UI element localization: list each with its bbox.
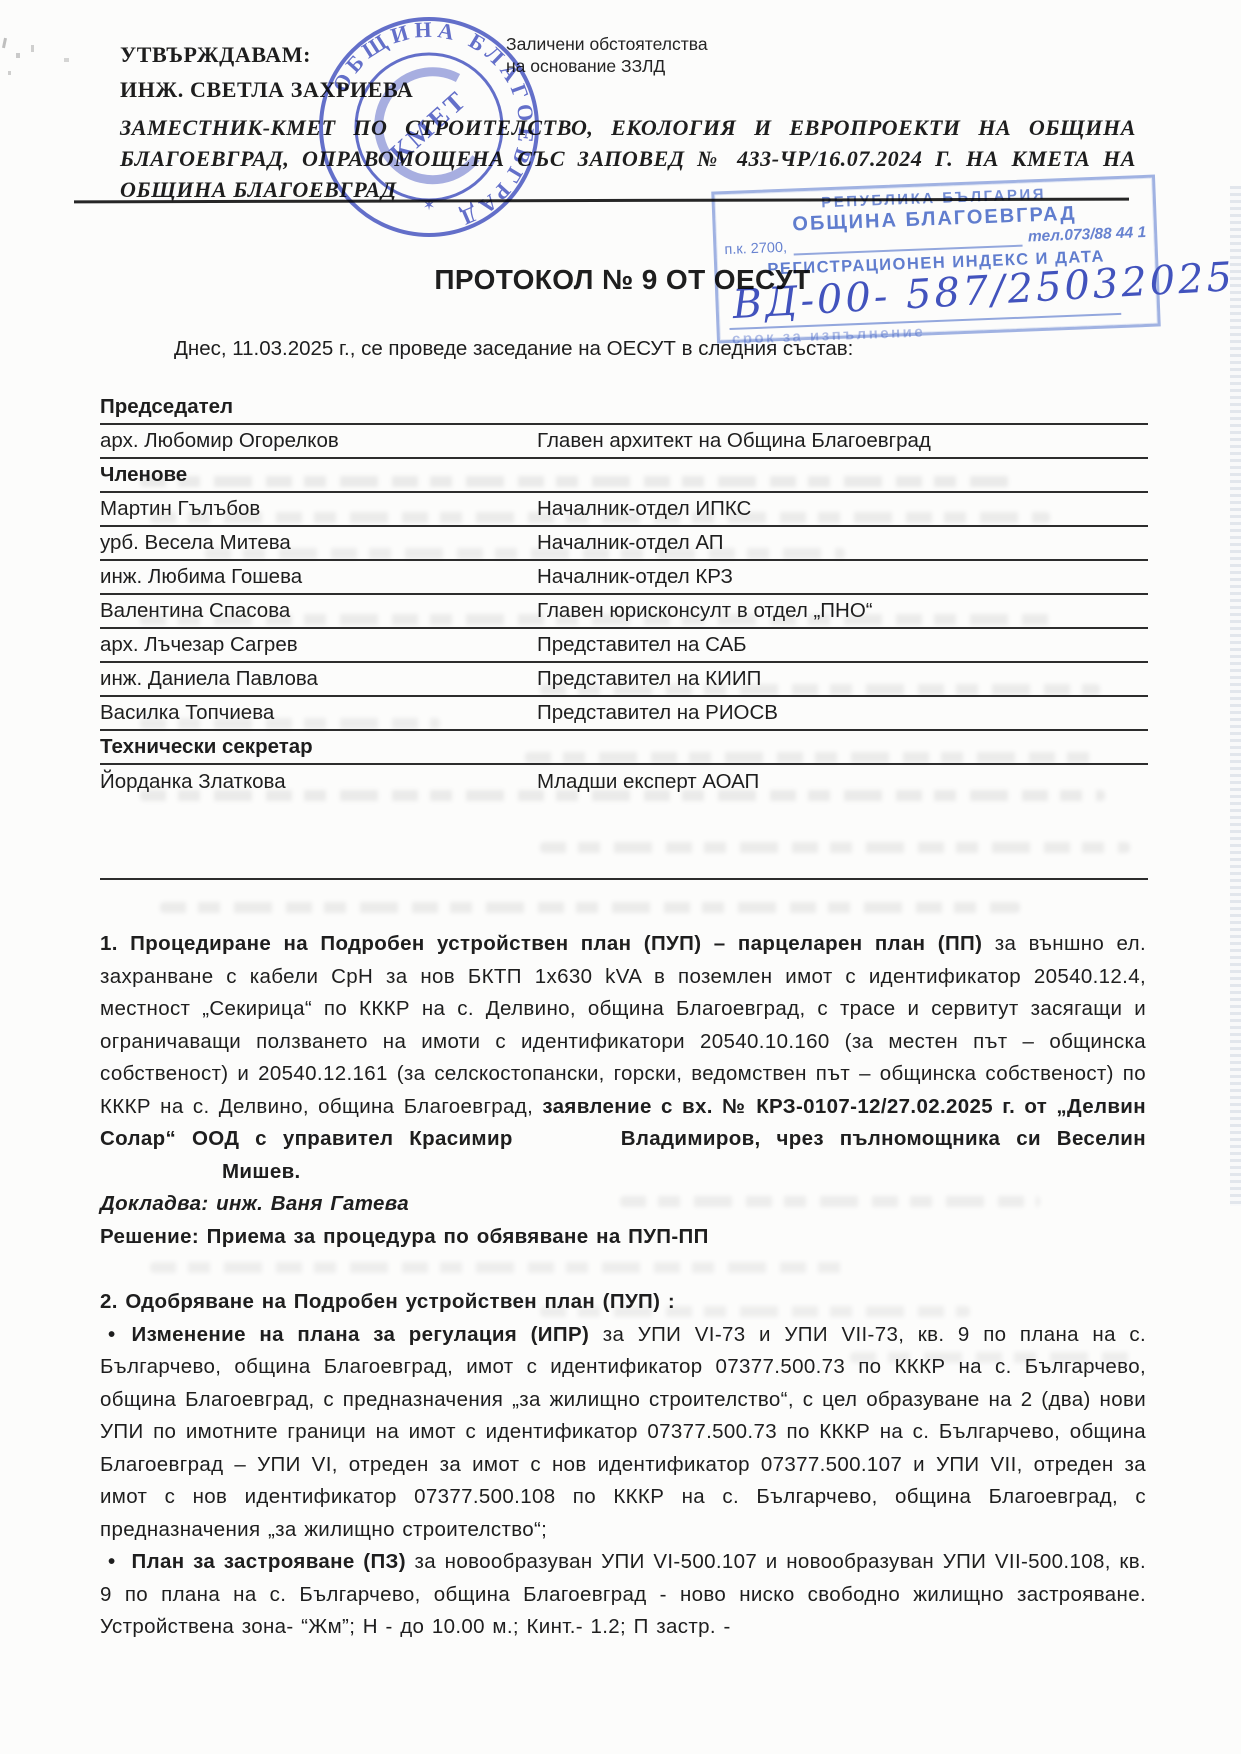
agenda-item-2-heading: 2. Одобряване на Подробен устройствен пл… xyxy=(100,1286,1146,1319)
member-name: Йорданка Златкова xyxy=(100,770,537,794)
member-name: Валентина Спасова xyxy=(100,599,537,623)
committee-member-row: инж. Даниела Павлова Представител на КИИ… xyxy=(100,663,1148,697)
committee-section-label: Технически секретар xyxy=(100,735,313,759)
committee-member-row: Василка Топчиева Представител на РИОСВ xyxy=(100,697,1148,731)
member-role: Началник-отдел КРЗ xyxy=(537,565,1148,589)
committee-section-header: Технически секретар xyxy=(100,731,1148,765)
member-role: Началник-отдел ИПКС xyxy=(537,497,1148,521)
scan-speck xyxy=(2,38,7,48)
committee-table: Председател арх. Любомир Огорелков Главе… xyxy=(100,391,1148,880)
agenda-item-1-text: за външно ел. захранване с кабели СрН за… xyxy=(100,932,1146,1118)
committee-member-row: Валентина Спасова Главен юрисконсулт в о… xyxy=(100,595,1148,629)
member-name: Мартин Гълъбов xyxy=(100,497,537,521)
committee-member-row: арх. Лъчезар Сагрев Представител на САБ xyxy=(100,629,1148,663)
member-role: Началник-отдел АП xyxy=(537,531,1148,555)
committee-member-row: инж. Любима Гошева Началник-отдел КРЗ xyxy=(100,561,1148,595)
agenda-item-1-application-2: Владимиров, чрез пълномощника си Веселин xyxy=(621,1127,1146,1150)
scan-speck xyxy=(16,53,20,58)
agenda-item-1-application-3: Мишев. xyxy=(222,1160,301,1183)
committee-section-header: Членове xyxy=(100,459,1148,493)
member-role: Главен юрисконсулт в отдел „ПНО“ xyxy=(537,599,1148,623)
scanned-protocol-page: Заличени обстоятелства на основание ЗЗЛД… xyxy=(0,0,1241,1754)
agenda-item-2-bullet-2: План за застрояване (ПЗ) за новообразува… xyxy=(100,1546,1146,1644)
bullet-1-text: за УПИ VI-73 и УПИ VII-73, кв. 9 по план… xyxy=(100,1323,1146,1541)
agenda-item-1-decision: Решение: Приема за процедура по обявяван… xyxy=(100,1221,1146,1254)
member-name: урб. Весела Митева xyxy=(100,531,537,555)
member-name: арх. Любомир Огорелков xyxy=(100,429,537,453)
agenda-item-1: 1. Процедиране на Подробен устройствен п… xyxy=(100,928,1146,1188)
member-role: Представител на РИОСВ xyxy=(537,701,1148,725)
bullet-icon xyxy=(108,1323,116,1346)
committee-section-label: Председател xyxy=(100,395,233,419)
member-name: инж. Любима Гошева xyxy=(100,565,537,589)
round-stamp-center-text: КМЕТ xyxy=(384,84,473,169)
scan-speck xyxy=(31,45,34,52)
registration-stamp: РЕПУБЛИКА БЪЛГАРИЯ ОБЩИНА БЛАГОЕВГРАД п.… xyxy=(711,175,1161,344)
bullet-1-lead: Изменение на плана за регулация (ИПР) xyxy=(132,1323,590,1346)
scan-speck xyxy=(64,58,69,62)
approver-name: ИНЖ. СВЕТЛА ЗАХРИЕВА xyxy=(120,77,1136,103)
agenda-item-2-bullet-1: Изменение на плана за регулация (ИПР) за… xyxy=(100,1319,1146,1547)
registration-stamp-phone: тел.073/88 44 1 xyxy=(1028,224,1147,247)
round-stamp-star: ✶ xyxy=(423,197,436,214)
registration-stamp-postal: п.к. 2700, xyxy=(724,240,787,258)
bullet-2-lead: План за застрояване (ПЗ) xyxy=(132,1550,406,1573)
committee-member-row: урб. Весела Митева Началник-отдел АП xyxy=(100,527,1148,561)
committee-member-row: арх. Любомир Огорелков Главен архитект н… xyxy=(100,425,1148,459)
scan-edge-artifact xyxy=(1230,186,1241,1206)
municipal-round-stamp-icon: ОБЩИНА БЛАГОЕВГРАД КМЕТ ✶ xyxy=(306,4,552,250)
member-name: арх. Лъчезар Сагрев xyxy=(100,633,537,657)
member-name: инж. Даниела Павлова xyxy=(100,667,537,691)
member-role: Представител на САБ xyxy=(537,633,1148,657)
member-role: Младши експерт АОАП xyxy=(537,770,1148,794)
bullet-icon xyxy=(108,1550,116,1573)
member-role: Представител на КИИП xyxy=(537,667,1148,691)
scan-speck xyxy=(8,71,11,75)
committee-section-header: Председател xyxy=(100,391,1148,425)
bleed-through-artifact xyxy=(160,902,1020,913)
agenda-item-1-heading: 1. Процедиране на Подробен устройствен п… xyxy=(100,932,982,955)
committee-member-row: Мартин Гълъбов Началник-отдел ИПКС xyxy=(100,493,1148,527)
member-name: Василка Топчиева xyxy=(100,701,537,725)
member-role: Главен архитект на Община Благоевград xyxy=(537,429,1148,453)
intro-paragraph: Днес, 11.03.2025 г., се проведе заседани… xyxy=(100,337,1145,361)
document-body: 1. Процедиране на Подробен устройствен п… xyxy=(100,928,1146,1644)
agenda-item-1-reporter: Докладва: инж. Ваня Гатева xyxy=(100,1188,1146,1221)
committee-section-label: Членове xyxy=(100,463,187,487)
committee-member-row: Йорданка Златкова Младши експерт АОАП xyxy=(100,765,1148,880)
